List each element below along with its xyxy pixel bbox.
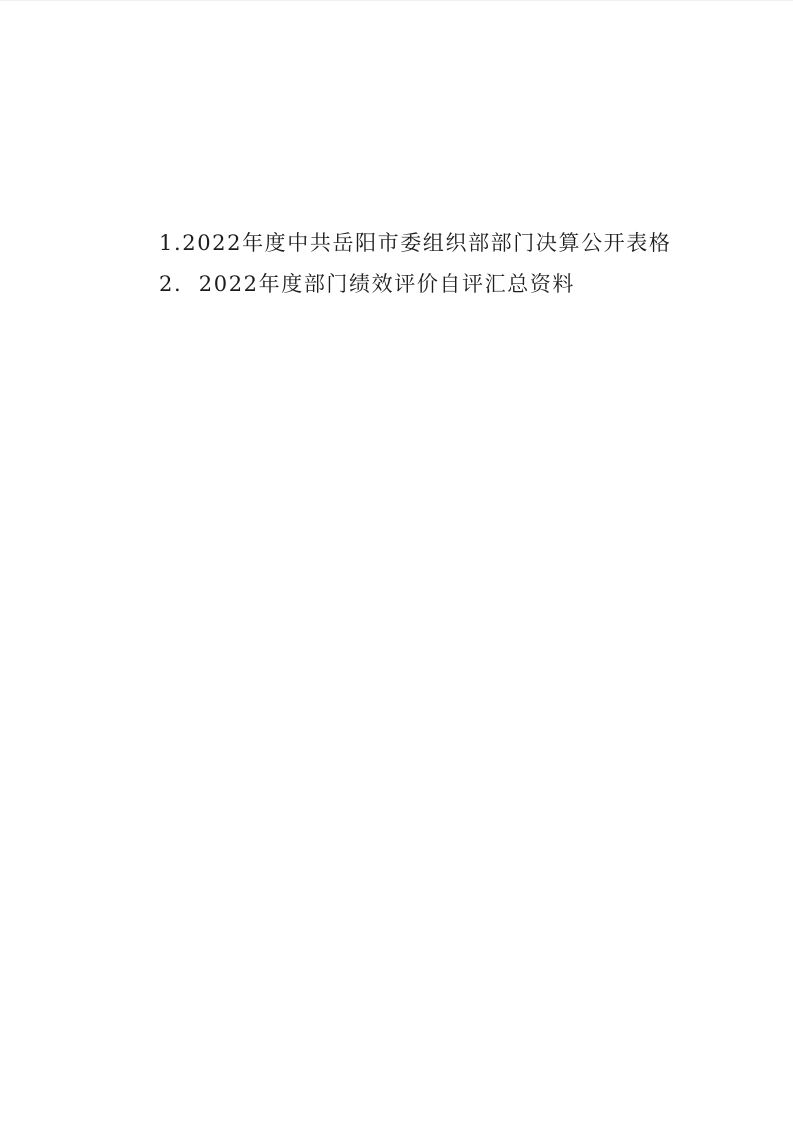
attachment-list-item-1: 1.2022年度中共岳阳市委组织部部门决算公开表格 <box>159 223 693 264</box>
attachment-list: 1.2022年度中共岳阳市委组织部部门决算公开表格 2. 2022年度部门绩效评… <box>159 223 693 305</box>
attachment-list-item-2: 2. 2022年度部门绩效评价自评汇总资料 <box>159 264 693 305</box>
document-page: 1.2022年度中共岳阳市委组织部部门决算公开表格 2. 2022年度部门绩效评… <box>0 0 793 1122</box>
